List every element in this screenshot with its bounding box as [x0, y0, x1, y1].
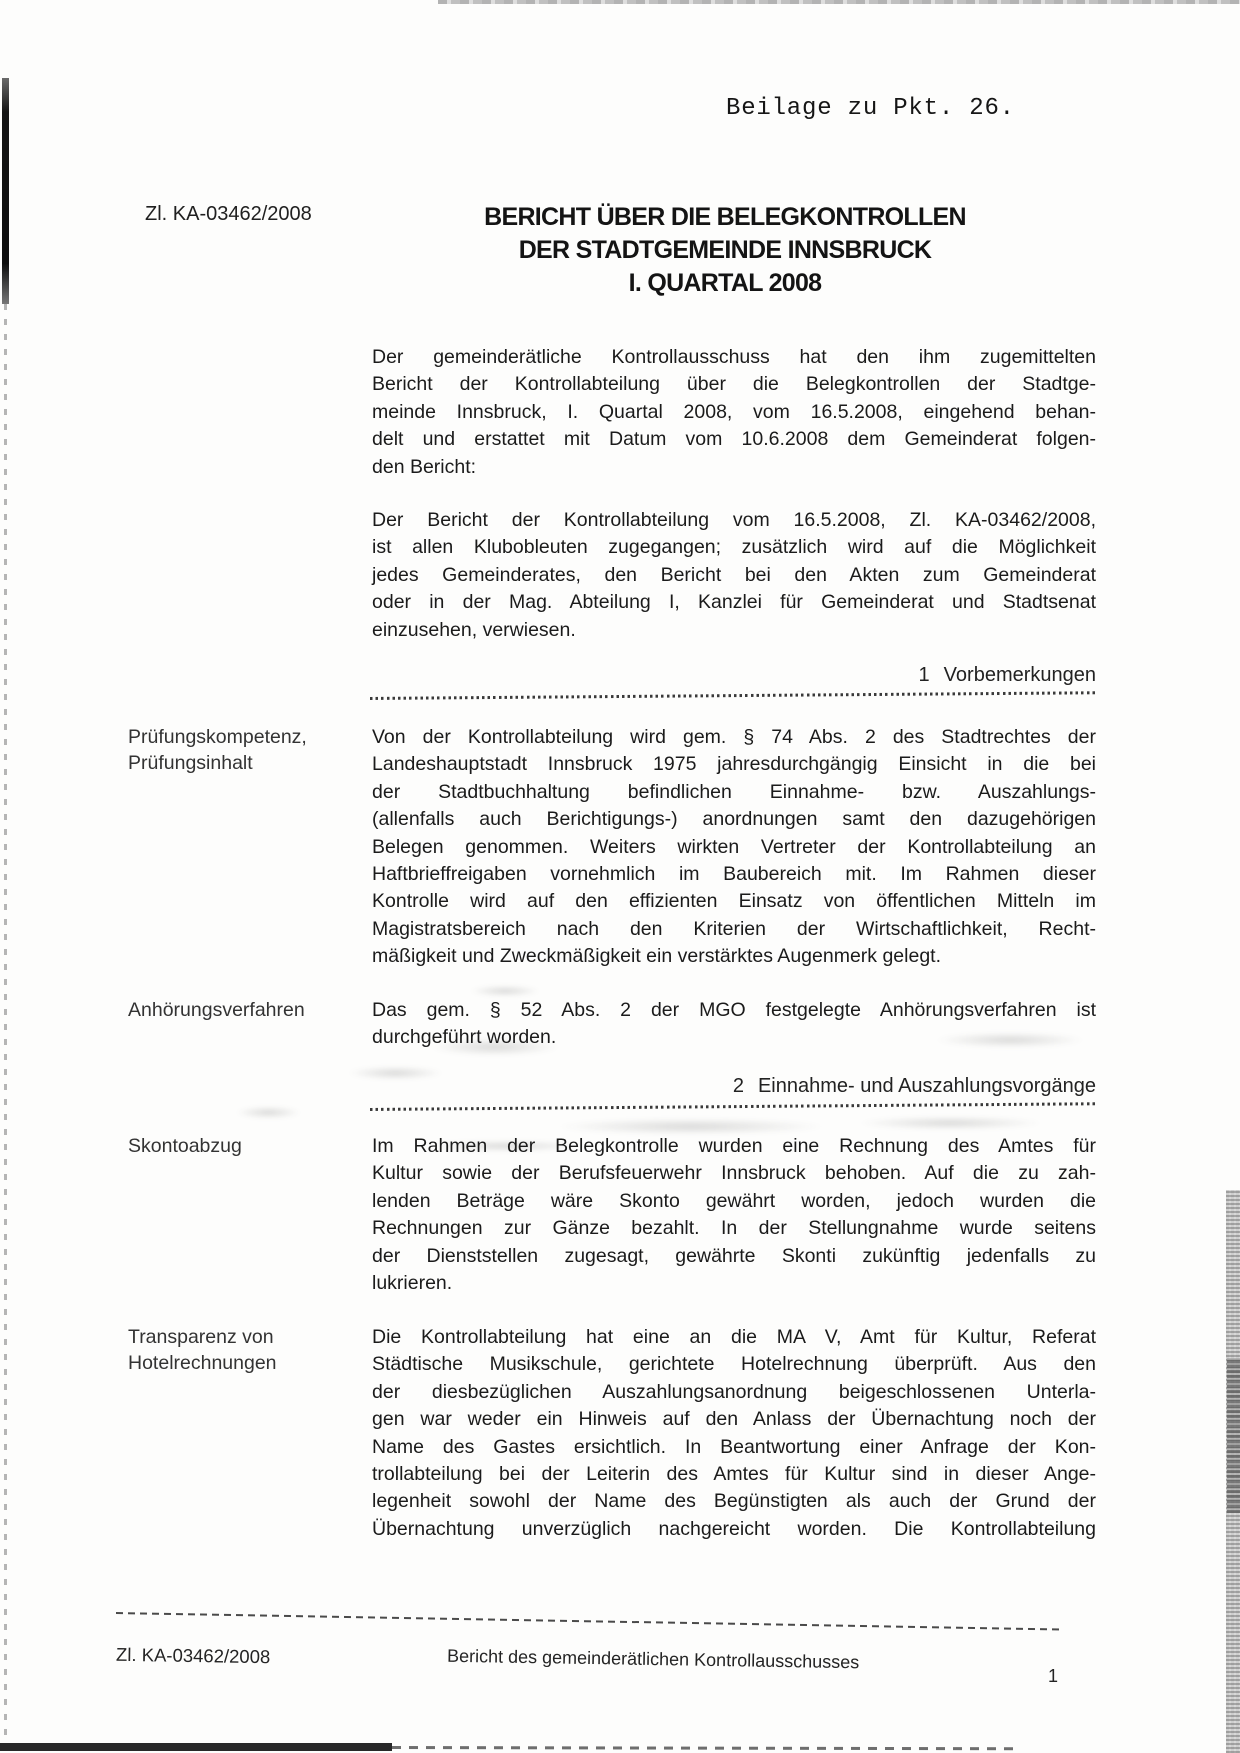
text-line: Name des Gastes ersichtlich. In Beantwor… — [372, 1434, 1096, 1461]
text-line: Der gemeinderätliche Kontrollausschuss h… — [372, 344, 1096, 371]
paragraph-intro-1: Der gemeinderätliche Kontrollausschuss h… — [372, 344, 1096, 481]
section-title: Vorbemerkungen — [944, 664, 1096, 686]
text-line: Städtische Musikschule, gerichtete Hotel… — [372, 1351, 1096, 1378]
section-title: Einnahme- und Auszahlungsvorgänge — [758, 1075, 1096, 1097]
text-line: Haftbrieffreigaben vornehmlich im Bauber… — [372, 861, 1096, 888]
text-line: den Bericht: — [372, 454, 1096, 481]
text-line: einzusehen, verwiesen. — [372, 617, 1096, 644]
scan-artifact-right-noise-dark — [1227, 1358, 1240, 1513]
text-line: Prüfungsinhalt — [128, 750, 363, 776]
section-divider-dotted — [370, 1102, 1098, 1111]
text-line: Skontoabzug — [128, 1133, 363, 1159]
paragraph-anhoerungsverfahren: Das gem. § 52 Abs. 2 der MGO festgelegte… — [372, 997, 1096, 1052]
text-line: der diesbezüglichen Auszahlungsanordnung… — [372, 1379, 1096, 1406]
text-line: Rechnungen zur Gänze bezahlt. In der Ste… — [372, 1215, 1096, 1242]
scan-artifact-left-dashes — [4, 304, 7, 1740]
document-title: BERICHT ÜBER DIE BELEGKONTROLLENDER STAD… — [440, 201, 1010, 300]
text-line: der Stadtbuchhaltung befindlichen Einnah… — [372, 779, 1096, 806]
margin-label-transparenz: Transparenz vonHotelrechnungen — [128, 1324, 363, 1376]
scan-artifact-bottom-bar — [0, 1743, 392, 1751]
section-number: 1 — [919, 664, 944, 686]
text-line: Von der Kontrollabteilung wird gem. § 74… — [372, 724, 1096, 751]
text-line: Im Rahmen der Belegkontrolle wurden eine… — [372, 1133, 1096, 1160]
margin-label-skontoabzug: Skontoabzug — [128, 1133, 363, 1159]
text-line: lukrieren. — [372, 1270, 1096, 1297]
scan-artifact-bottom-dashes — [392, 1746, 1020, 1750]
footer-divider-dashed — [116, 1612, 1062, 1631]
text-line: Bericht der Kontrollabteilung über die B… — [372, 371, 1096, 398]
text-line: legenheit sowohl der Name des Begünstigt… — [372, 1488, 1096, 1515]
margin-label-anhoerungsverfahren: Anhörungsverfahren — [128, 997, 363, 1023]
text-line: Hotelrechnungen — [128, 1350, 363, 1376]
text-line: oder in der Mag. Abteilung I, Kanzlei fü… — [372, 589, 1096, 616]
text-line: Die Kontrollabteilung hat eine an die MA… — [372, 1324, 1096, 1351]
scan-smudge — [470, 985, 540, 997]
text-line: Kontrolle wird auf den effizienten Einsa… — [372, 888, 1096, 915]
scanned-document-page: Beilage zu Pkt. 26. Zl. KA-03462/2008 BE… — [0, 0, 1240, 1753]
scan-smudge — [236, 1106, 301, 1119]
reference-number: Zl. KA-03462/2008 — [145, 203, 312, 226]
footer-reference-number: Zl. KA-03462/2008 — [116, 1644, 271, 1668]
text-line: trollabteilung bei der Leiterin des Amte… — [372, 1461, 1096, 1488]
scan-artifact-left-bar — [2, 78, 9, 304]
text-line: lenden Beträge wäre Skonto gewährt worde… — [372, 1188, 1096, 1215]
margin-label-pruefungskompetenz: Prüfungskompetenz,Prüfungsinhalt — [128, 724, 363, 776]
text-line: Anhörungsverfahren — [128, 997, 363, 1023]
scan-artifact-top-band — [438, 0, 1240, 4]
text-line: Prüfungskompetenz, — [128, 724, 363, 750]
text-line: Der Bericht der Kontrollabteilung vom 16… — [372, 507, 1096, 534]
corner-note: Beilage zu Pkt. 26. — [726, 95, 1015, 122]
text-line: Transparenz von — [128, 1324, 363, 1350]
section-heading-2: 2Einnahme- und Auszahlungsvorgänge — [372, 1075, 1096, 1098]
text-line: gen war weder ein Hinweis auf den Anlass… — [372, 1406, 1096, 1433]
text-line: BERICHT ÜBER DIE BELEGKONTROLLEN — [440, 201, 1010, 234]
text-line: delt und erstattet mit Datum vom 10.6.20… — [372, 426, 1096, 453]
text-line: Magistratsbereich nach den Kriterien der… — [372, 916, 1096, 943]
section-number: 2 — [733, 1075, 758, 1097]
text-line: Belegen genommen. Weiters wirkten Vertre… — [372, 834, 1096, 861]
paragraph-transparenz: Die Kontrollabteilung hat eine an die MA… — [372, 1324, 1096, 1543]
text-line: Landeshauptstadt Innsbruck 1975 jahresdu… — [372, 751, 1096, 778]
text-line: durchgeführt worden. — [372, 1024, 1096, 1051]
text-line: DER STADTGEMEINDE INNSBRUCK — [440, 234, 1010, 267]
text-line: Das gem. § 52 Abs. 2 der MGO festgelegte… — [372, 997, 1096, 1024]
scan-smudge — [858, 1116, 1043, 1130]
text-line: mäßigkeit und Zweckmäßigkeit ein verstär… — [372, 943, 1096, 970]
paragraph-intro-2: Der Bericht der Kontrollabteilung vom 16… — [372, 507, 1096, 644]
text-line: der Dienststellen zugesagt, gewährte Sko… — [372, 1243, 1096, 1270]
text-line: (allenfalls auch Berichtigungs-) anordnu… — [372, 806, 1096, 833]
text-line: meinde Innsbruck, I. Quartal 2008, vom 1… — [372, 399, 1096, 426]
text-line: jedes Gemeinderates, den Bericht bei den… — [372, 562, 1096, 589]
footer-document-title: Bericht des gemeinderätlichen Kontrollau… — [447, 1646, 860, 1673]
paragraph-pruefungskompetenz: Von der Kontrollabteilung wird gem. § 74… — [372, 724, 1096, 971]
footer-page-number: 1 — [1048, 1666, 1058, 1687]
paragraph-skontoabzug: Im Rahmen der Belegkontrolle wurden eine… — [372, 1133, 1096, 1297]
text-line: Übernachtung unverzüglich nachgereicht w… — [372, 1516, 1096, 1543]
text-line: I. QUARTAL 2008 — [440, 267, 1010, 300]
text-line: ist allen Klubobleuten zugegangen; zusät… — [372, 534, 1096, 561]
text-line: Kultur sowie der Berufsfeuerwehr Innsbru… — [372, 1160, 1096, 1187]
section-heading-1: 1Vorbemerkungen — [372, 664, 1096, 687]
section-divider-dotted — [370, 691, 1098, 700]
